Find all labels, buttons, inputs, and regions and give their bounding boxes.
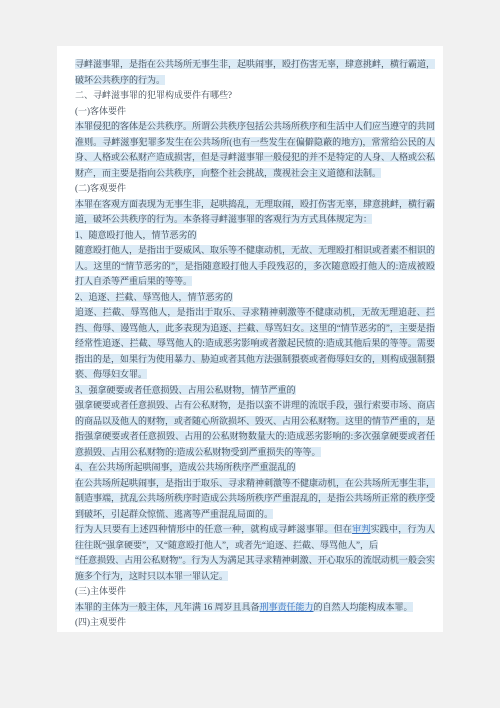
paragraph: 在公共场所起哄闹事，是指出于取乐、寻求精神刺激等不健康动机，在公共场所无事生非，… xyxy=(75,476,435,523)
section-heading: (四)主观要件 xyxy=(75,615,435,631)
highlighted-text: 在公共场所起哄闹事，是指出于取乐、寻求精神刺激等不健康动机，在公共场所无事生非，… xyxy=(75,478,435,519)
paragraph: 1、随意殴打他人，情节恶劣的 xyxy=(75,228,435,244)
paragraph: 本罪侵犯的客体是公共秩序。所谓公共秩序包括公共场所秩序和生活中人们应当遵守的共同… xyxy=(75,119,435,181)
highlighted-text: 强拿硬要或者任意损毁、占有公私财物，是指以蛮不讲理的流氓手段，强行索要市场、商店… xyxy=(75,400,435,457)
paragraph: 4、在公共场所起哄闹事，造成公共场所秩序严重混乱的 xyxy=(75,460,435,476)
section-heading: 二、寻衅滋事罪的犯罪构成要件有哪些? xyxy=(75,88,435,104)
paragraph: 3、强拿硬要或者任意损毁、占用公私财物，情节严重的 xyxy=(75,383,435,399)
paragraph: 追逐、拦截、辱骂他人，是指出于取乐、寻求精神刺激等不健康动机，无故无理追赶、拦挡… xyxy=(75,305,435,383)
inline-link[interactable]: 审判 xyxy=(352,524,370,534)
highlighted-text: 本罪的主体为一般主体，凡年满 16 周岁且具备刑事责任能力的自然人均能构成本罪。 xyxy=(75,602,413,612)
paragraph: 本罪在客观方面表现为无事生非，起哄捣乱，无理取闹，殴打伤害无辜，肆意挑衅，横行霸… xyxy=(75,197,435,228)
highlighted-text: 行为人只要有上述四种情形中的任意一种，就构成寻衅滋事罪。但在审判实践中，行为人往… xyxy=(75,524,435,581)
paragraph: 本罪的主体为一般主体，凡年满 16 周岁且具备刑事责任能力的自然人均能构成本罪。 xyxy=(75,600,435,616)
paragraph: 随意殴打他人，是指出于耍威风、取乐等不健康动机，无故、无理殴打相识或者素不相识的… xyxy=(75,243,435,290)
paragraph: 寻衅滋事罪，是指在公共场所无事生非，起哄闹事，殴打伤害无辜，肆意挑衅，横行霸道，… xyxy=(75,57,435,88)
highlighted-text: 4、在公共场所起哄闹事，造成公共场所秩序严重混乱的 xyxy=(75,462,296,472)
section-heading: (二)客观要件 xyxy=(75,181,435,197)
paragraph: 行为人只要有上述四种情形中的任意一种，就构成寻衅滋事罪。但在审判实践中，行为人往… xyxy=(75,522,435,584)
highlighted-text: 本罪在客观方面表现为无事生非，起哄捣乱，无理取闹，殴打伤害无辜，肆意挑衅，横行霸… xyxy=(75,199,435,225)
highlighted-text: 1、随意殴打他人，情节恶劣的 xyxy=(75,230,197,240)
document-page: 寻衅滋事罪，是指在公共场所无事生非，起哄闹事，殴打伤害无辜，肆意挑衅，横行霸道，… xyxy=(57,46,443,632)
section-heading: (三)主体要件 xyxy=(75,584,435,600)
document-body: 寻衅滋事罪，是指在公共场所无事生非，起哄闹事，殴打伤害无辜，肆意挑衅，横行霸道，… xyxy=(57,46,443,631)
inline-link[interactable]: 刑事责任能力 xyxy=(260,602,314,612)
highlighted-text: 追逐、拦截、辱骂他人，是指出于取乐、寻求精神刺激等不健康动机，无故无理追赶、拦挡… xyxy=(75,307,435,379)
highlighted-text: 3、强拿硬要或者任意损毁、占用公私财物，情节严重的 xyxy=(75,385,296,395)
section-heading: (一)客体要件 xyxy=(75,104,435,120)
highlighted-text: 随意殴打他人，是指出于耍威风、取乐等不健康动机，无故、无理殴打相识或者素不相识的… xyxy=(75,245,435,286)
paragraph: 2、追逐、拦截、辱骂他人，情节恶劣的 xyxy=(75,290,435,306)
highlighted-text: 2、追逐、拦截、辱骂他人，情节恶劣的 xyxy=(75,292,233,302)
highlighted-text: 寻衅滋事罪，是指在公共场所无事生非，起哄闹事，殴打伤害无辜，肆意挑衅，横行霸道，… xyxy=(75,59,435,85)
highlighted-text: 本罪侵犯的客体是公共秩序。所谓公共秩序包括公共场所秩序和生活中人们应当遵守的共同… xyxy=(75,121,435,178)
paragraph: 强拿硬要或者任意损毁、占有公私财物，是指以蛮不讲理的流氓手段，强行索要市场、商店… xyxy=(75,398,435,460)
page-background: { "page": { "background": "#f1f1f1", "pa… xyxy=(0,0,500,708)
